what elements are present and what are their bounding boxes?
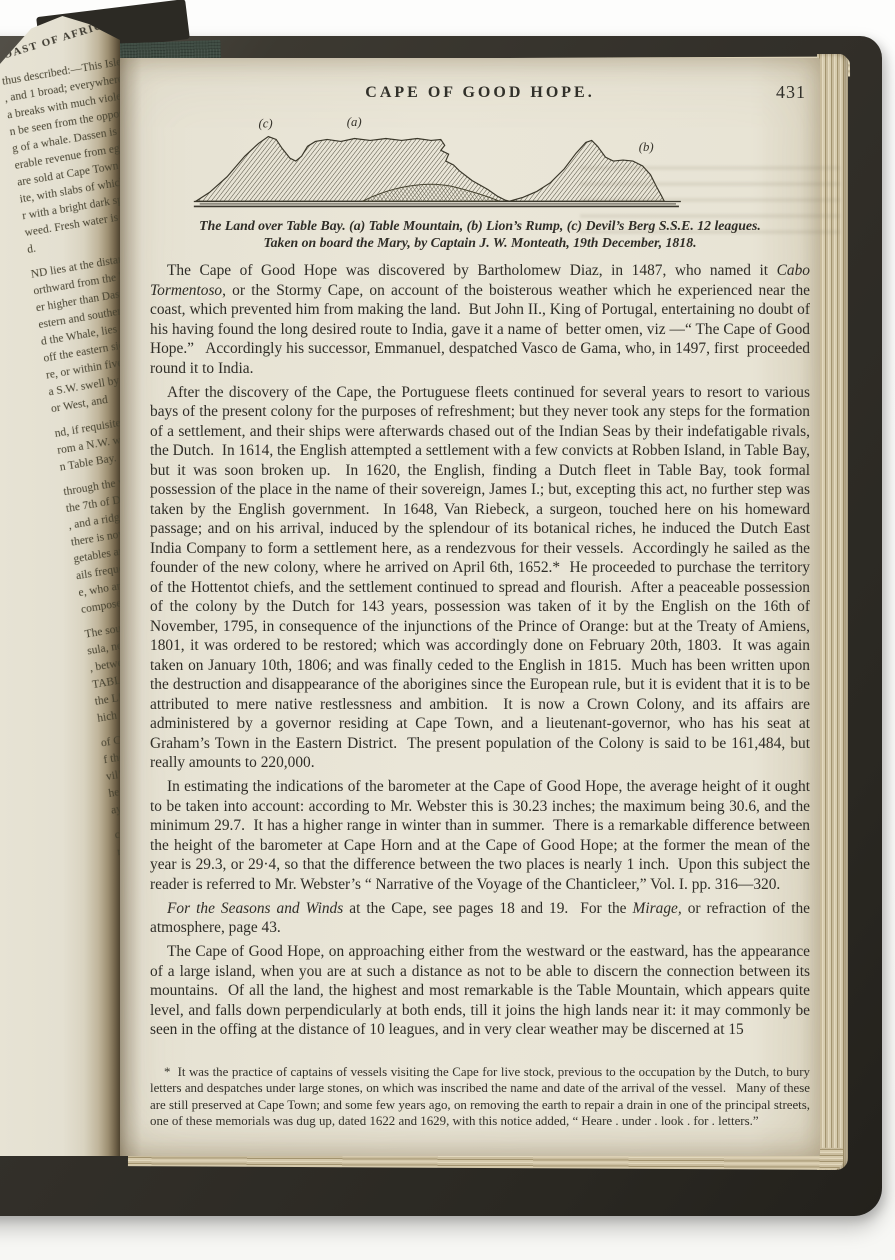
figure-label-a: (a) [347, 115, 362, 129]
figure-caption-line2: Taken on board the Mary, by Captain J. W… [180, 235, 780, 252]
book-photo: { "colors": { "page_cream": "#eae6d8", "… [0, 0, 895, 1260]
page-header: CAPE OF GOOD HOPE. 431 [150, 84, 810, 106]
page-content: CAPE OF GOOD HOPE. 431 [150, 84, 810, 1130]
paragraph: For the Seasons and Winds at the Cape, s… [150, 899, 810, 938]
left-page-edge: OAST OF AFRICA. thus described:—This Isl… [0, 16, 120, 1156]
left-page-text: thus described:—This Isle lies abo, and … [1, 49, 120, 1111]
right-page: CAPE OF GOOD HOPE. 431 [112, 58, 820, 1156]
figure-label-b: (b) [639, 140, 654, 154]
running-title: CAPE OF GOOD HOPE. [150, 84, 810, 102]
footnote: * It was the practice of captains of ves… [150, 1064, 810, 1130]
figure-caption: The Land over Table Bay. (a) Table Mount… [180, 218, 780, 251]
body-text: The Cape of Good Hope was discovered by … [150, 261, 810, 1040]
paragraph: The Cape of Good Hope was discovered by … [150, 261, 810, 378]
figure-caption-line1: The Land over Table Bay. (a) Table Mount… [180, 218, 780, 235]
figure-label-c: (c) [259, 117, 273, 131]
page-edges-fore-edge [817, 54, 848, 1170]
mountain-profile-engraving: (c) (a) (b) [185, 114, 775, 212]
sea-lines [194, 202, 681, 207]
coastal-view-figure: (c) (a) (b) The Land over Table Bay. (a)… [180, 114, 780, 251]
paragraph: In estimating the indications of the bar… [150, 777, 810, 894]
paragraph: After the discovery of the Cape, the Por… [150, 383, 810, 773]
paragraph: The Cape of Good Hope, on approaching ei… [150, 942, 810, 1040]
page-number: 431 [776, 82, 806, 103]
